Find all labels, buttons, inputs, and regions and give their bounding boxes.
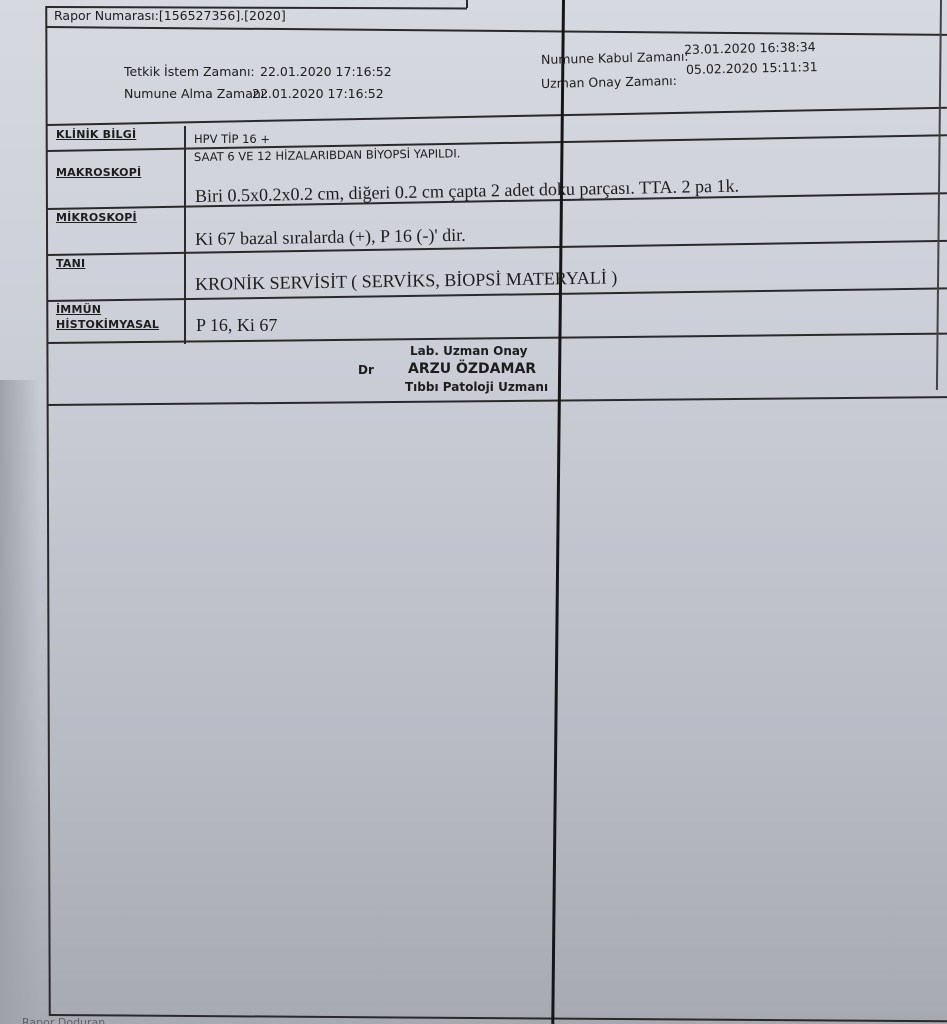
label-makroskopi: MAKROSKOPİ xyxy=(56,166,141,179)
sample-taken-label: Numune Alma Zamanı: xyxy=(124,86,268,101)
specialist-approve-label: Uzman Onay Zamanı: xyxy=(541,73,677,91)
specialist-approve-value: 05.02.2020 15:11:31 xyxy=(686,59,818,77)
sample-accept-value: 23.01.2020 16:38:34 xyxy=(684,39,816,57)
doctor-specialty: Tıbbı Patoloji Uzmanı xyxy=(405,380,548,394)
doctor-title: Dr xyxy=(358,363,374,377)
label-klinik-bilgi: KLİNİK BİLGİ xyxy=(56,128,136,141)
immunohistochemistry-text: P 16, Ki 67 xyxy=(196,315,277,336)
mikroskopi-text: Ki 67 bazal sıralarda (+), P 16 (-)' dir… xyxy=(195,225,466,250)
top-fold xyxy=(466,0,468,8)
label-histokimyasal: HİSTOKİMYASAL xyxy=(56,318,159,331)
sample-taken-value: 22.01.2020 17:16:52 xyxy=(252,86,384,101)
request-time-label: Tetkik İstem Zamanı: xyxy=(124,64,255,79)
report-paper xyxy=(0,0,947,1024)
paper-shadow xyxy=(0,380,40,1024)
footer-partial: Rapor Doduran... xyxy=(22,1016,116,1024)
report-number: Rapor Numarası:[156527356].[2020] xyxy=(54,8,286,23)
label-immun: İMMÜN xyxy=(56,303,101,316)
doctor-name: ARZU ÖZDAMAR xyxy=(408,361,536,377)
klinik-bilgi-line-1: HPV TİP 16 + xyxy=(194,132,270,146)
label-tani: TANI xyxy=(56,257,85,270)
request-time-value: 22.01.2020 17:16:52 xyxy=(260,64,392,79)
label-column-divider xyxy=(184,126,186,344)
lab-approval-label: Lab. Uzman Onay xyxy=(410,344,527,358)
label-mikroskopi: MİKROSKOPİ xyxy=(56,211,137,224)
